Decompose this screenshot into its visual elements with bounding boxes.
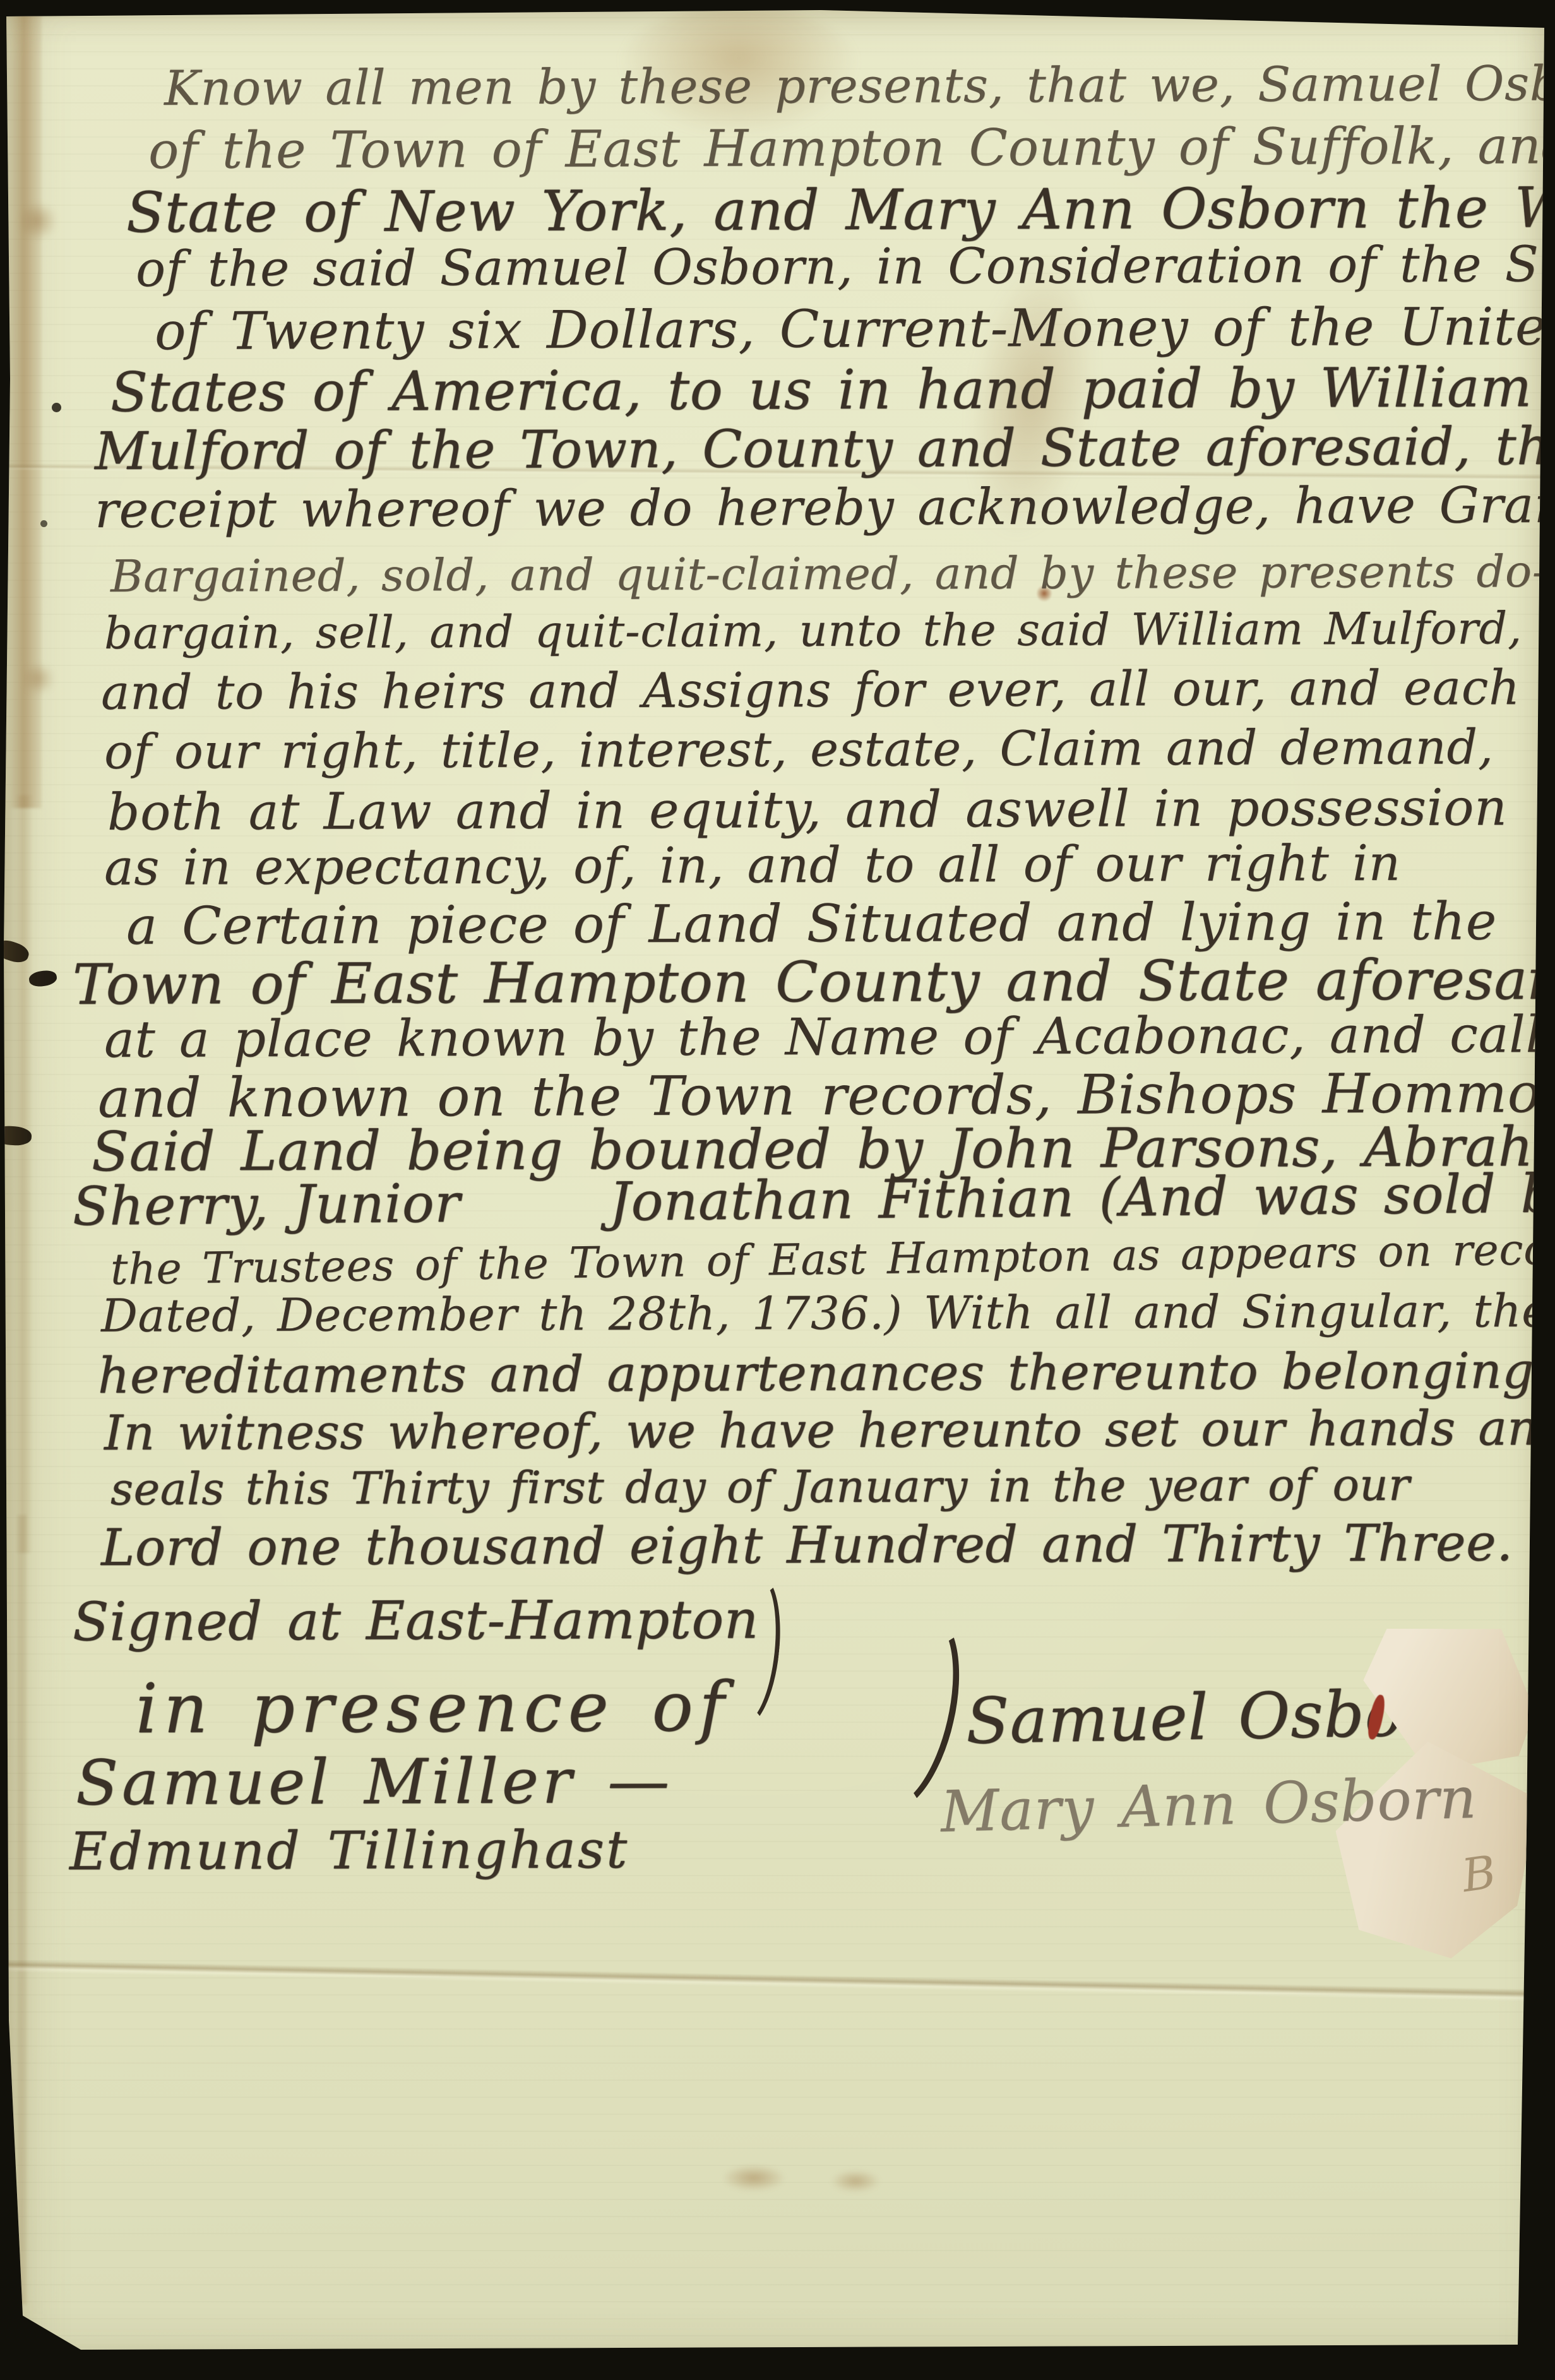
deed-line-17: at a place known by the Name of Acabonac… [104, 1005, 1555, 1069]
deed-line-9: Bargained, sold, and quit-claimed, and b… [110, 545, 1555, 602]
deed-line-7: Mulford of the Town, County and State af… [95, 417, 1555, 482]
deed-line-2: of the Town of East Hampton County of Su… [148, 116, 1555, 180]
attestation-presence-line: in presence of [136, 1668, 730, 1749]
document-page: Know all men by these presents, that we,… [0, 0, 1555, 2380]
deed-line-20: Sherry, Junior Jonathan Fithian (And was… [73, 1162, 1555, 1237]
deed-line-8: receipt whereof we do hereby acknowledge… [95, 475, 1555, 539]
deed-line-15: a Certain piece of Land Situated and lyi… [126, 891, 1497, 956]
red-wax [1366, 1694, 1388, 1741]
deed-line-12: of our right, title, interest, estate, C… [104, 718, 1494, 780]
deed-line-14: as in expectancy, of, in, and to all of … [104, 835, 1401, 896]
deed-line-26: Lord one thousand eight Hundred and Thir… [101, 1513, 1513, 1577]
deed-line-5: of Twenty six Dollars, Current-Money of … [155, 297, 1555, 362]
fold-crease [0, 1960, 1555, 2003]
deed-line-13: both at Law and in equity, and aswell in… [107, 778, 1508, 842]
deed-line-11: and to his heirs and Assigns for ever, a… [101, 659, 1520, 720]
ink-blot [28, 969, 58, 988]
stitched-edge [18, 1515, 27, 2304]
ink-blot [40, 520, 47, 527]
witness-samuel-miller: Samuel Miller — [76, 1746, 674, 1819]
ink-blot [52, 403, 61, 412]
paper-stain [832, 2170, 879, 2192]
deed-line-23: hereditaments and appurtenances thereunt… [98, 1343, 1551, 1405]
seal-faint-mark: B [1458, 1845, 1499, 1903]
deed-line-25: seals this Thirty first day of January i… [110, 1459, 1410, 1515]
signature-mary-ann-osborn: Mary Ann Osborn [940, 1765, 1478, 1845]
deed-line-1: Know all men by these presents, that we,… [164, 55, 1555, 116]
deed-line-24: In witness whereof, we have hereunto set… [104, 1400, 1555, 1461]
deed-line-22: Dated, December th 28th, 1736.) With all… [101, 1284, 1549, 1342]
stitched-edge [9, 0, 42, 808]
witness-edmund-tillinghast: Edmund Tillinghast [69, 1820, 629, 1882]
deed-line-4: of the said Samuel Osborn, in Considerat… [136, 236, 1555, 298]
attestation-signed-line: Signed at East-Hampton [73, 1588, 759, 1653]
stitched-edge [15, 795, 32, 1553]
deed-line-6: States of America, to us in hand paid by… [110, 356, 1532, 424]
deed-line-10: bargain, sell, and quit-claim, unto the … [104, 602, 1522, 659]
deed-line-3: State of New York, and Mary Ann Osborn t… [126, 175, 1555, 245]
scanned-deed-document: Know all men by these presents, that we,… [0, 0, 1555, 2380]
paper-stain [724, 2165, 784, 2191]
